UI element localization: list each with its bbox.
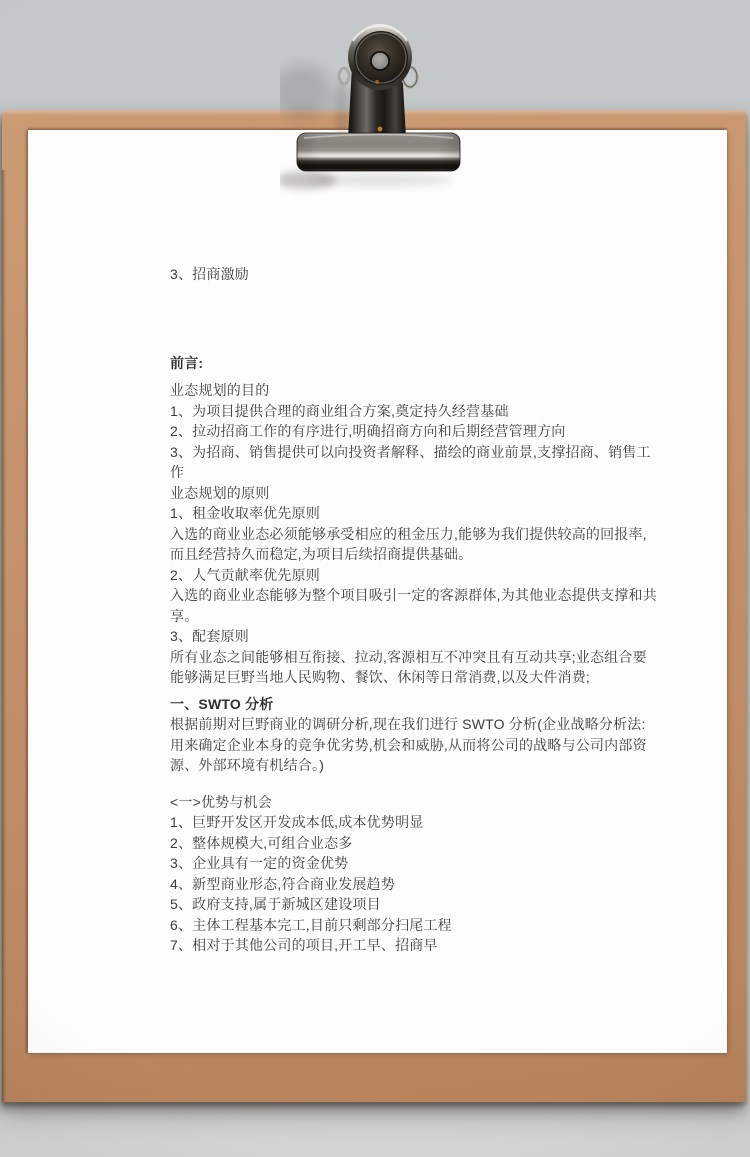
text-line: 业态规划的原则	[170, 483, 627, 504]
text-line: 2、拉动招商工作的有序进行,明确招商方向和后期经营管理方向	[170, 421, 627, 442]
clip-bar-shadow	[308, 173, 452, 187]
text-line: 所有业态之间能够相互衔接、拉动,客源相互不冲突且有互动共享;业态组合要	[170, 647, 627, 668]
clip-wall-shadow	[280, 65, 332, 119]
text-line: 源、外部环境有机结合。)	[170, 755, 627, 776]
text-line: 2、整体规模大,可组合业态多	[170, 833, 627, 854]
knob-reflection-dot	[375, 80, 379, 84]
text-line: 6、主体工程基本完工,目前只剩部分扫尾工程	[170, 915, 627, 936]
text-line: 2、人气贡献率优先原则	[170, 565, 627, 586]
photo-scene: 3、招商激励前言:业态规划的目的1、为项目提供合理的商业组合方案,奠定持久经营基…	[0, 0, 750, 1157]
text-line: 1、租金收取率优先原则	[170, 503, 627, 524]
document-body: 3、招商激励前言:业态规划的目的1、为项目提供合理的商业组合方案,奠定持久经营基…	[28, 130, 727, 1053]
text-line: 1、巨野开发区开发成本低,成本优势明显	[170, 812, 627, 833]
clip-stem-shadow	[334, 82, 350, 134]
text-line: <一>优势与机会	[170, 792, 627, 813]
heading-line: 前言:	[170, 353, 627, 374]
clip-bar-end-left	[297, 133, 319, 171]
text-line: 入选的商业业态能够为整个项目吸引一定的客源群体,为其他业态提供支撑和共	[170, 585, 627, 606]
text-line: 入选的商业业态必须能够承受相应的租金压力,能够为我们提供较高的回报率,	[170, 524, 627, 545]
clip-lever-left	[339, 68, 349, 84]
text-line: 作	[170, 462, 627, 483]
stem-reflection-dot	[378, 127, 383, 132]
text-line: 用来确定企业本身的竞争优劣势,机会和威胁,从而将公司的战略与公司内部资	[170, 735, 627, 756]
text-line: 7、相对于其他公司的项目,开工早、招商早	[170, 935, 627, 956]
text-line: 4、新型商业形态,符合商业发展趋势	[170, 874, 627, 895]
text-line: 享。	[170, 606, 627, 627]
text-line: 5、政府支持,属于新城区建设项目	[170, 894, 627, 915]
clip-bar-end-right	[438, 133, 460, 171]
text-line: 3、配套原则	[170, 626, 627, 647]
text-line: 3、为招商、销售提供可以向投资者解释、描绘的商业前景,支撑招商、销售工	[170, 442, 627, 463]
text-line: 能够满足巨野当地人民购物、餐饮、休闲等日常消费,以及大件消费;	[170, 667, 627, 688]
heading-line: 一、SWTO 分析	[170, 694, 627, 715]
text-line: 而且经营持久而稳定,为项目后续招商提供基础。	[170, 544, 627, 565]
clip-knob-hole	[372, 53, 388, 69]
text-line: 3、招商激励	[170, 264, 627, 285]
text-line: 业态规划的目的	[170, 380, 627, 401]
text-line: 根据前期对巨野商业的调研分析,现在我们进行 SWTO 分析(企业战略分析法:	[170, 714, 627, 735]
binder-clip	[280, 8, 480, 198]
text-line: 3、企业具有一定的资金优势	[170, 853, 627, 874]
clip-bar	[297, 133, 460, 171]
text-line: 1、为项目提供合理的商业组合方案,奠定持久经营基础	[170, 401, 627, 422]
